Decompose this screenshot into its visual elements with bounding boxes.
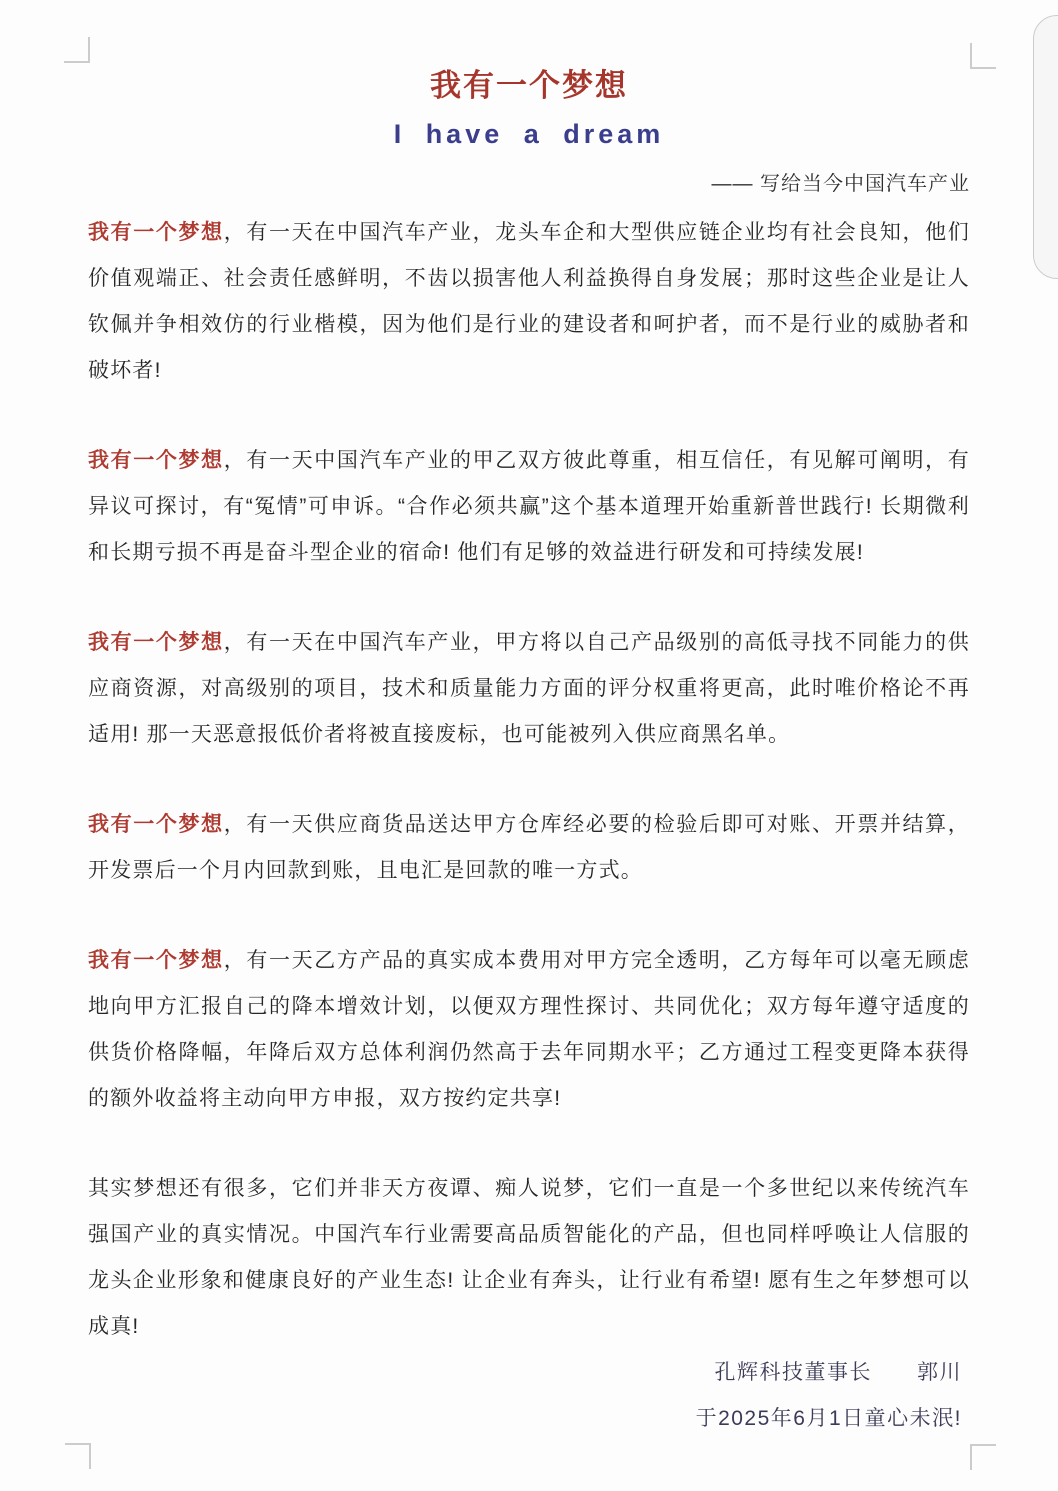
- crop-corner-bottom-right-icon: [970, 1444, 996, 1470]
- dream-body-1: ，有一天在中国汽车产业，龙头车企和大型供应链企业均有社会良知，他们价值观端正、社…: [88, 221, 970, 382]
- letter-page: 我有一个梦想 I have a dream —— 写给当今中国汽车产业 我有一个…: [0, 0, 1058, 1491]
- letter-content: 我有一个梦想 I have a dream —— 写给当今中国汽车产业 我有一个…: [88, 0, 970, 1442]
- dream-paragraph-3: 我有一个梦想，有一天在中国汽车产业，甲方将以自己产品级别的高低寻找不同能力的供应…: [88, 620, 970, 758]
- signature-line: 孔辉科技董事长 郭川: [88, 1350, 970, 1396]
- page-title: 我有一个梦想: [88, 64, 970, 108]
- dream-paragraph-5: 我有一个梦想，有一天乙方产品的真实成本费用对甲方完全透明，乙方每年可以毫无顾虑地…: [88, 938, 970, 1122]
- dream-paragraph-4: 我有一个梦想，有一天供应商货品送达甲方仓库经必要的检验后即可对账、开票并结算，开…: [88, 802, 970, 894]
- dream-lead-4: 我有一个梦想: [88, 813, 224, 836]
- scrollbar-thumb[interactable]: [1033, 15, 1058, 279]
- page-subtitle: I have a dream: [88, 114, 970, 154]
- dream-paragraph-2: 我有一个梦想，有一天中国汽车产业的甲乙双方彼此尊重，相互信任，有见解可阐明，有异…: [88, 438, 970, 576]
- dream-body-5: ，有一天乙方产品的真实成本费用对甲方完全透明，乙方每年可以毫无顾虑地向甲方汇报自…: [88, 949, 970, 1110]
- crop-corner-bottom-left-icon: [65, 1443, 91, 1469]
- dream-lead-1: 我有一个梦想: [88, 221, 224, 244]
- date-line: 于2025年6月1日童心未泯!: [88, 1396, 970, 1442]
- dedication-line: —— 写给当今中国汽车产业: [88, 170, 970, 198]
- crop-corner-top-left-icon: [64, 37, 90, 63]
- dream-paragraph-1: 我有一个梦想，有一天在中国汽车产业，龙头车企和大型供应链企业均有社会良知，他们价…: [88, 210, 970, 394]
- dream-lead-3: 我有一个梦想: [88, 631, 224, 654]
- closing-paragraph: 其实梦想还有很多，它们并非天方夜谭、痴人说梦，它们一直是一个多世纪以来传统汽车强…: [88, 1166, 970, 1350]
- dream-lead-5: 我有一个梦想: [88, 949, 224, 972]
- dream-lead-2: 我有一个梦想: [88, 449, 224, 472]
- crop-corner-top-right-icon: [970, 43, 996, 69]
